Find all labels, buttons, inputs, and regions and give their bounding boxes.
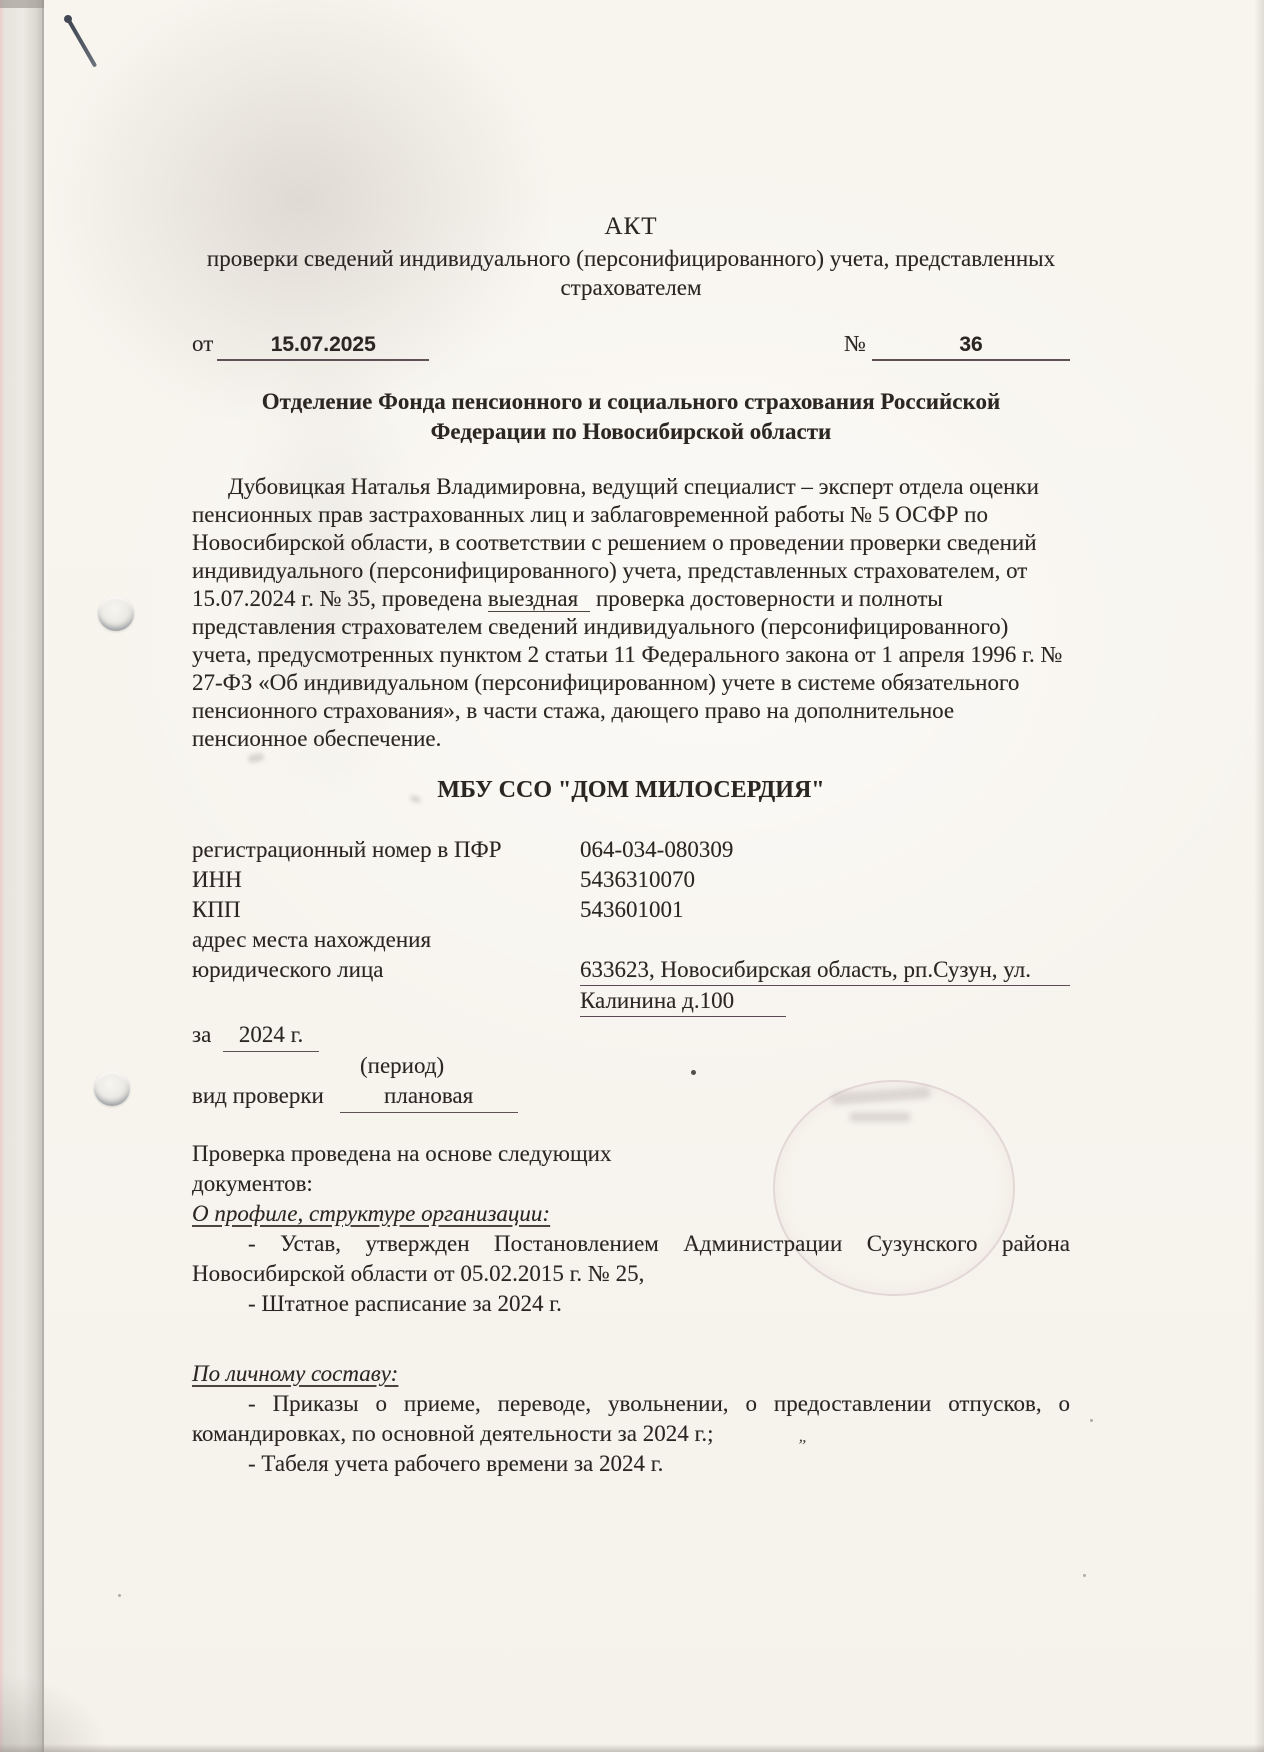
period-label: за [192, 1022, 211, 1047]
address-value: 633623, Новосибирская область, рп.Сузун,… [580, 925, 1070, 1017]
reg-number-value: 064-034-080309 [580, 835, 733, 865]
section-personnel: По личному составу: - Приказы о приеме, … [192, 1359, 1070, 1479]
scan-edge-right [1254, 0, 1264, 1752]
period-row: за 2024 г. [192, 1019, 1070, 1052]
date-label: от [192, 330, 213, 358]
kpp-value: 543601001 [580, 895, 684, 925]
address-value-line1: 633623, Новосибирская область, рп.Сузун,… [580, 955, 1070, 986]
registry-row-inn: ИНН 5436310070 [192, 865, 1070, 895]
documents-intro: Проверка проведена на основе следующих д… [192, 1139, 692, 1199]
check-form-value: выездная [488, 586, 590, 612]
document-list-item: - Приказы о приеме, переводе, увольнении… [192, 1389, 1070, 1449]
registry-row-reg-number: регистрационный номер в ПФР 064-034-0803… [192, 835, 1070, 865]
intro-paragraph: Дубовицкая Наталья Владимировна, ведущий… [192, 473, 1070, 753]
organization-name: МБУ ССО "ДОМ МИЛОСЕРДИЯ" [192, 775, 1070, 805]
inn-value: 5436310070 [580, 865, 695, 895]
date-number-row: от 15.07.2025 № 36 [192, 330, 1070, 361]
scan-speck [1090, 1419, 1093, 1422]
section-heading: О профиле, структуре организации: [192, 1199, 1070, 1229]
number-group: № 36 [844, 330, 1070, 361]
document-content: АКТ проверки сведений индивидуального (п… [192, 0, 1070, 1479]
document-list-item: - Устав, утвержден Постановлением Админи… [192, 1229, 1070, 1289]
inn-label: ИНН [192, 865, 580, 895]
scan-edge-left [0, 0, 44, 1752]
address-value-line2: Калинина д.100 [580, 986, 786, 1017]
hole-punch-bottom [94, 1071, 130, 1106]
check-type-value: плановая [340, 1080, 518, 1113]
check-type-label: вид проверки [192, 1083, 324, 1108]
document-list-item: - Табеля учета рабочего времени за 2024 … [192, 1449, 1070, 1479]
number-label: № [844, 330, 866, 358]
address-label-line2: юридического лица [192, 955, 580, 985]
department-heading: Отделение Фонда пенсионного и социальног… [225, 387, 1037, 447]
section-heading: По личному составу: [192, 1359, 1070, 1389]
hole-punch-top [98, 596, 134, 631]
address-label: адрес места нахождения юридического лица [192, 925, 580, 1017]
kpp-label: КПП [192, 895, 580, 925]
period-value: 2024 г. [223, 1019, 319, 1052]
document-list-item: - Штатное расписание за 2024 г. [192, 1289, 1070, 1319]
scan-speck [118, 1594, 121, 1597]
number-value: 36 [872, 331, 1070, 361]
address-label-line1: адрес места нахождения [192, 925, 580, 955]
date-value: 15.07.2025 [217, 331, 429, 361]
scan-shadow-corner [0, 1672, 110, 1752]
scan-speck [1083, 1574, 1086, 1577]
period-caption: (период) [360, 1052, 1070, 1080]
reg-number-label: регистрационный номер в ПФР [192, 835, 580, 865]
registry-row-kpp: КПП 543601001 [192, 895, 1070, 925]
document-subtitle: проверки сведений индивидуального (персо… [192, 244, 1070, 302]
scanned-document-page: ” АКТ проверки сведений индивидуального … [0, 0, 1264, 1752]
scan-edge-bottom [0, 1744, 1264, 1752]
check-type-row: вид проверки плановая [192, 1080, 1070, 1113]
section-org-profile: О профиле, структуре организации: - Уста… [192, 1199, 1070, 1319]
scan-edge-top [0, 0, 44, 8]
registry-block: регистрационный номер в ПФР 064-034-0803… [192, 835, 1070, 1017]
pen-stroke-mark [65, 16, 97, 67]
document-title: АКТ [192, 212, 1070, 242]
registry-row-address: адрес места нахождения юридического лица… [192, 925, 1070, 1017]
